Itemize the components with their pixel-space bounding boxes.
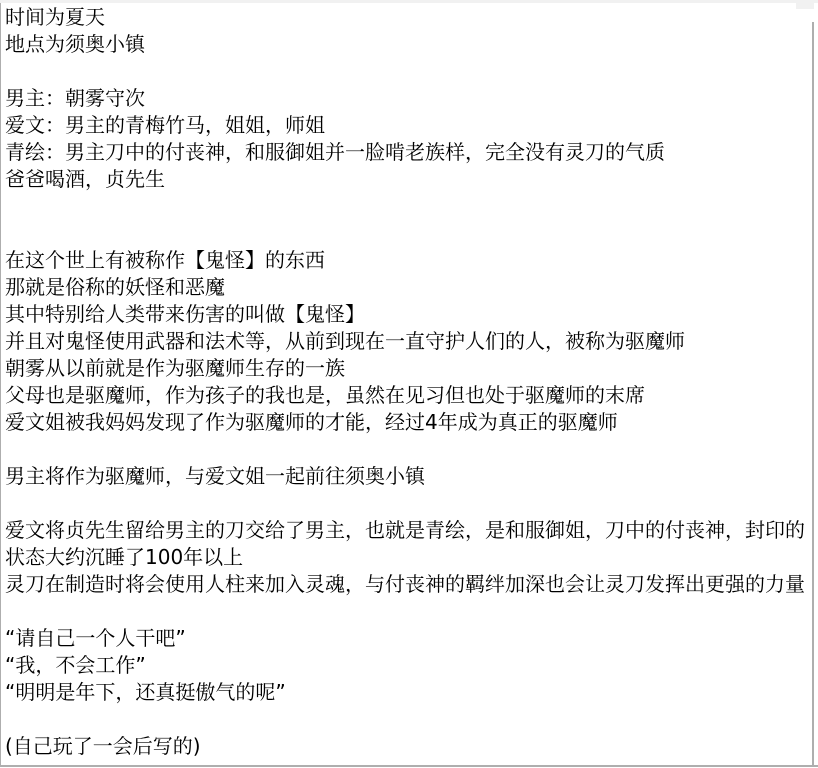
quote-line: “明明是年下，还真挺傲气的呢”: [5, 679, 807, 706]
left-border: [0, 3, 1, 766]
blank-line: [5, 706, 807, 733]
text-line: 地点为须奥小镇: [5, 31, 807, 58]
text-line: 爱文：男主的青梅竹马，姐姐，师姐: [5, 112, 807, 139]
text-line: 爱文将贞先生留给男主的刀交给了男主，也就是青绘，是和服御姐，刀中的付丧神，封印的: [5, 517, 807, 544]
text-line: 其中特别给人类带来伤害的叫做【鬼怪】: [5, 301, 807, 328]
text-document-page: 时间为夏天 地点为须奥小镇 男主：朝雾守次 爱文：男主的青梅竹马，姐姐，师姐 青…: [0, 0, 818, 768]
blank-line: [5, 193, 807, 220]
story-notes-text: 时间为夏天 地点为须奥小镇 男主：朝雾守次 爱文：男主的青梅竹马，姐姐，师姐 青…: [5, 4, 807, 760]
blank-line: [5, 58, 807, 85]
text-line: 朝雾从以前就是作为驱魔师生存的一族: [5, 355, 807, 382]
text-line: 爸爸喝酒，贞先生: [5, 166, 807, 193]
text-line: 时间为夏天: [5, 4, 807, 31]
text-line: 状态大约沉睡了100年以上: [5, 544, 807, 571]
text-line: 在这个世上有被称作【鬼怪】的东西: [5, 247, 807, 274]
text-line: 并且对鬼怪使用武器和法术等，从前到现在一直守护人们的人，被称为驱魔师: [5, 328, 807, 355]
blank-line: [5, 490, 807, 517]
blank-line: [5, 436, 807, 463]
blank-line: [5, 220, 807, 247]
quote-line: “我，不会工作”: [5, 652, 807, 679]
text-line: 那就是俗称的妖怪和恶魔: [5, 274, 807, 301]
text-line: 爱文姐被我妈妈发现了作为驱魔师的才能，经过4年成为真正的驱魔师: [5, 409, 807, 436]
blank-line: [5, 598, 807, 625]
right-border: [812, 22, 814, 766]
text-line: 青绘：男主刀中的付丧神，和服御姐并一脸啃老族样，完全没有灵刀的气质: [5, 139, 807, 166]
quote-line: “请自己一个人干吧”: [5, 625, 807, 652]
text-line: 男主：朝雾守次: [5, 85, 807, 112]
text-line: 灵刀在制造时将会使用人柱来加入灵魂，与付丧神的羁绊加深也会让灵刀发挥出更强的力量: [5, 571, 807, 598]
top-edge-strip: [0, 0, 818, 3]
bottom-border: [0, 765, 818, 767]
text-line: 男主将作为驱魔师，与爱文姐一起前往须奥小镇: [5, 463, 807, 490]
text-line: 父母也是驱魔师，作为孩子的我也是，虽然在见习但也处于驱魔师的末席: [5, 382, 807, 409]
author-note-line: (自己玩了一会后写的): [5, 733, 807, 760]
